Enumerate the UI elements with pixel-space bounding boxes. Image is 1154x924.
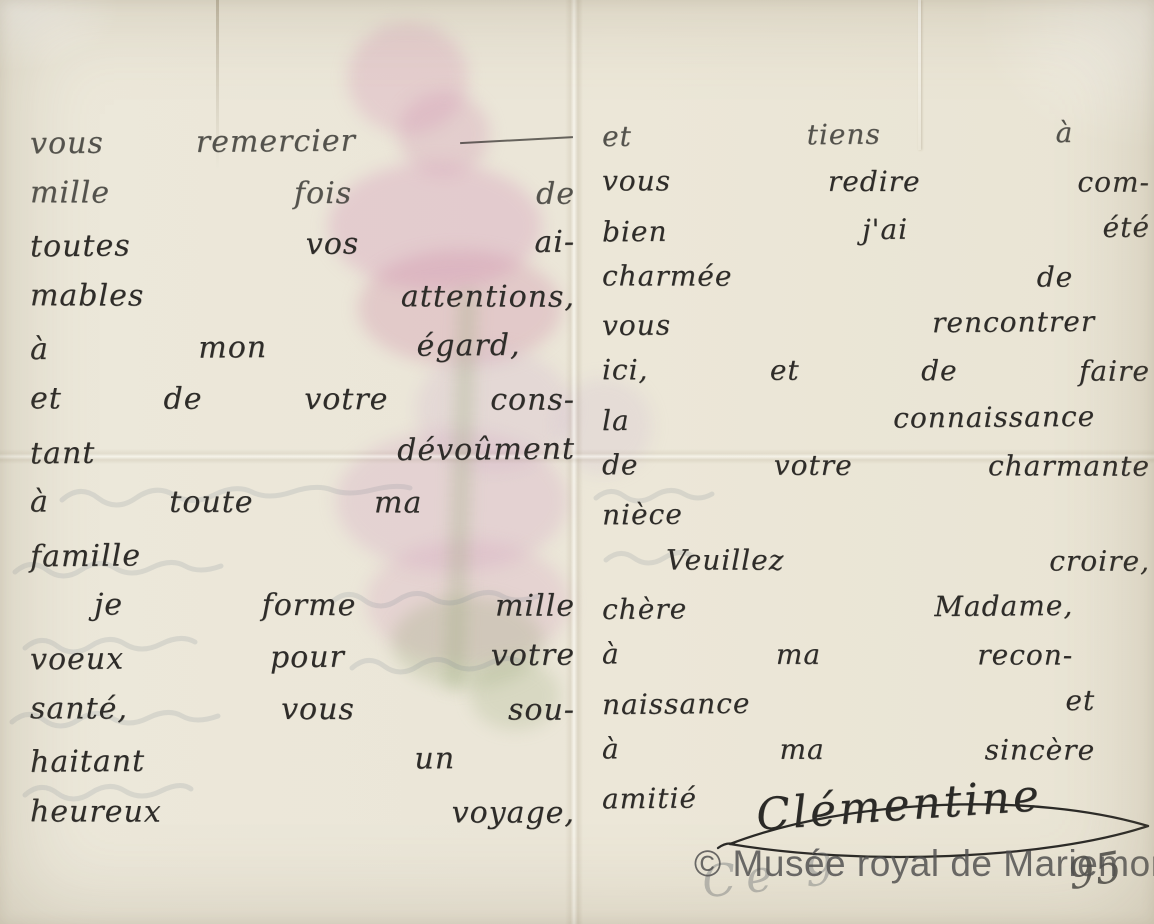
handwritten-word: la — [602, 404, 630, 437]
handwritten-word: de — [164, 381, 203, 416]
handwritten-word: mon — [198, 330, 267, 366]
handwritten-word: toutes — [30, 228, 131, 264]
handwritten-word: attentions, — [401, 279, 575, 314]
handwritten-word: sincère — [985, 734, 1096, 767]
handwritten-word: voeux — [30, 641, 124, 677]
handwritten-word: de — [536, 176, 575, 211]
handwritten-word: tant — [30, 435, 96, 471]
handwritten-line: vousrencontrer — [602, 295, 1096, 347]
handwritten-word: toute — [169, 485, 253, 520]
handwritten-line: laconnaissance — [602, 390, 1096, 442]
handwritten-word: heureux — [30, 794, 162, 829]
handwritten-line: àmonégard, — [30, 316, 521, 372]
handwritten-word: chère — [602, 593, 688, 627]
handwritten-word: et — [770, 355, 800, 388]
handwritten-line: bienj'aiété — [602, 200, 1150, 252]
letter-left-page: vousremercier millefoisde toutesvosai- m… — [30, 112, 575, 834]
handwritten-word: votre — [774, 449, 853, 482]
handwritten-word: croire, — [1049, 544, 1150, 577]
handwritten-word: connaissance — [893, 400, 1095, 435]
handwritten-word: amitié — [602, 782, 697, 816]
handwritten-word: à — [1055, 116, 1073, 149]
handwritten-word: votre — [491, 637, 575, 673]
handwritten-word: mille — [495, 588, 575, 623]
handwritten-word: charmée — [602, 260, 733, 293]
handwritten-word: naissance — [602, 687, 751, 721]
handwritten-word: santé, — [30, 690, 128, 725]
handwritten-word: égard, — [416, 328, 520, 364]
handwritten-word: votre — [304, 382, 388, 417]
handwritten-word: et — [1065, 684, 1095, 717]
handwritten-line: vousredirecom- — [602, 155, 1150, 204]
handwritten-word: ma — [776, 638, 821, 671]
handwritten-word: ici, — [602, 354, 649, 387]
handwritten-line: famille — [30, 522, 575, 578]
handwritten-word: j'ai — [862, 213, 908, 246]
handwritten-word: à — [30, 332, 49, 367]
handwritten-word: bien — [602, 215, 668, 249]
handwritten-word: faire — [1079, 355, 1150, 388]
handwritten-word: vos — [306, 226, 360, 261]
handwritten-line: devotrecharmante — [602, 438, 1150, 487]
handwritten-word: sou- — [508, 692, 575, 727]
handwritten-word: haitant — [30, 744, 145, 780]
handwritten-word: forme — [262, 588, 357, 623]
handwritten-line: jeformemille — [30, 576, 575, 629]
handwritten-line: vousremercier — [30, 110, 575, 166]
handwritten-word: mille — [30, 174, 110, 209]
handwritten-line: millefoisde — [30, 163, 575, 216]
handwritten-word: famille — [30, 538, 141, 574]
handwritten-word: Veuillez — [666, 543, 785, 576]
handwritten-word: de — [1037, 261, 1074, 294]
handwritten-word: un — [414, 741, 455, 776]
handwritten-line: chèreMadame, — [602, 579, 1074, 630]
handwritten-line: tantdévoûment — [30, 419, 575, 475]
handwritten-word: vous — [602, 309, 671, 343]
handwritten-word: à — [602, 638, 620, 671]
handwritten-line: etdevotrecons- — [30, 369, 575, 422]
handwritten-line: haitantun — [30, 729, 456, 784]
handwritten-word: redire — [828, 165, 921, 198]
handwritten-line: heureuxvoyage, — [30, 782, 575, 835]
handwritten-word: mables — [30, 278, 144, 313]
handwritten-word: remercier — [196, 123, 356, 159]
handwritten-word: com- — [1077, 166, 1150, 199]
handwritten-line: naissanceet — [602, 673, 1096, 725]
letter-scan: vousremercier millefoisde toutesvosai- m… — [0, 0, 1154, 924]
handwritten-word: rencontrer — [932, 305, 1095, 339]
handwritten-word: vous — [30, 125, 104, 161]
handwritten-word: recon- — [977, 639, 1073, 672]
handwritten-word: de — [602, 449, 639, 482]
copyright-watermark: © Musée royal de Mariemont — [694, 843, 1154, 885]
letter-right-page: ettiensà vousredirecom- bienj'aiété char… — [602, 108, 1150, 817]
handwritten-word: charmante — [988, 450, 1150, 483]
handwritten-word: été — [1102, 211, 1150, 244]
handwritten-word: de — [921, 355, 958, 388]
handwritten-word: à — [30, 484, 49, 519]
handwritten-line: toutesvosai- — [30, 213, 575, 269]
handwritten-word: voyage, — [452, 795, 575, 830]
handwritten-line: ettiensà — [602, 106, 1074, 157]
handwritten-word: vous — [602, 165, 671, 198]
handwritten-line: charméede — [602, 249, 1073, 298]
handwritten-line: nièce — [602, 484, 1150, 536]
handwritten-word: ma — [374, 485, 422, 520]
handwritten-line: àmasincère — [602, 722, 1095, 771]
handwritten-line: ici,etdefaire — [602, 344, 1150, 393]
handwritten-word: ma — [779, 733, 824, 766]
handwritten-word: tiens — [806, 118, 880, 152]
handwritten-line: santé,voussou- — [30, 679, 575, 732]
handwritten-line: àmarecon- — [602, 628, 1073, 677]
handwritten-line: àtoutema — [30, 473, 423, 526]
handwritten-word: et — [602, 120, 632, 153]
handwritten-line: mablesattentions, — [30, 266, 575, 319]
handwritten-word: ai- — [534, 224, 575, 259]
handwritten-line: voeuxpourvotre — [30, 626, 575, 682]
handwritten-line: Veuillezcroire, — [602, 533, 1150, 582]
handwritten-word: à — [602, 733, 620, 766]
handwritten-word: dévoûment — [397, 431, 575, 468]
handwritten-word: fois — [294, 175, 352, 210]
handwritten-word: pour — [270, 639, 345, 675]
handwritten-word: Madame, — [934, 589, 1073, 623]
handwritten-word: je — [94, 587, 123, 622]
handwritten-word: nièce — [602, 498, 683, 532]
handwritten-word: vous — [281, 691, 355, 726]
handwritten-word: et — [30, 381, 62, 416]
handwritten-word: cons- — [490, 382, 575, 417]
